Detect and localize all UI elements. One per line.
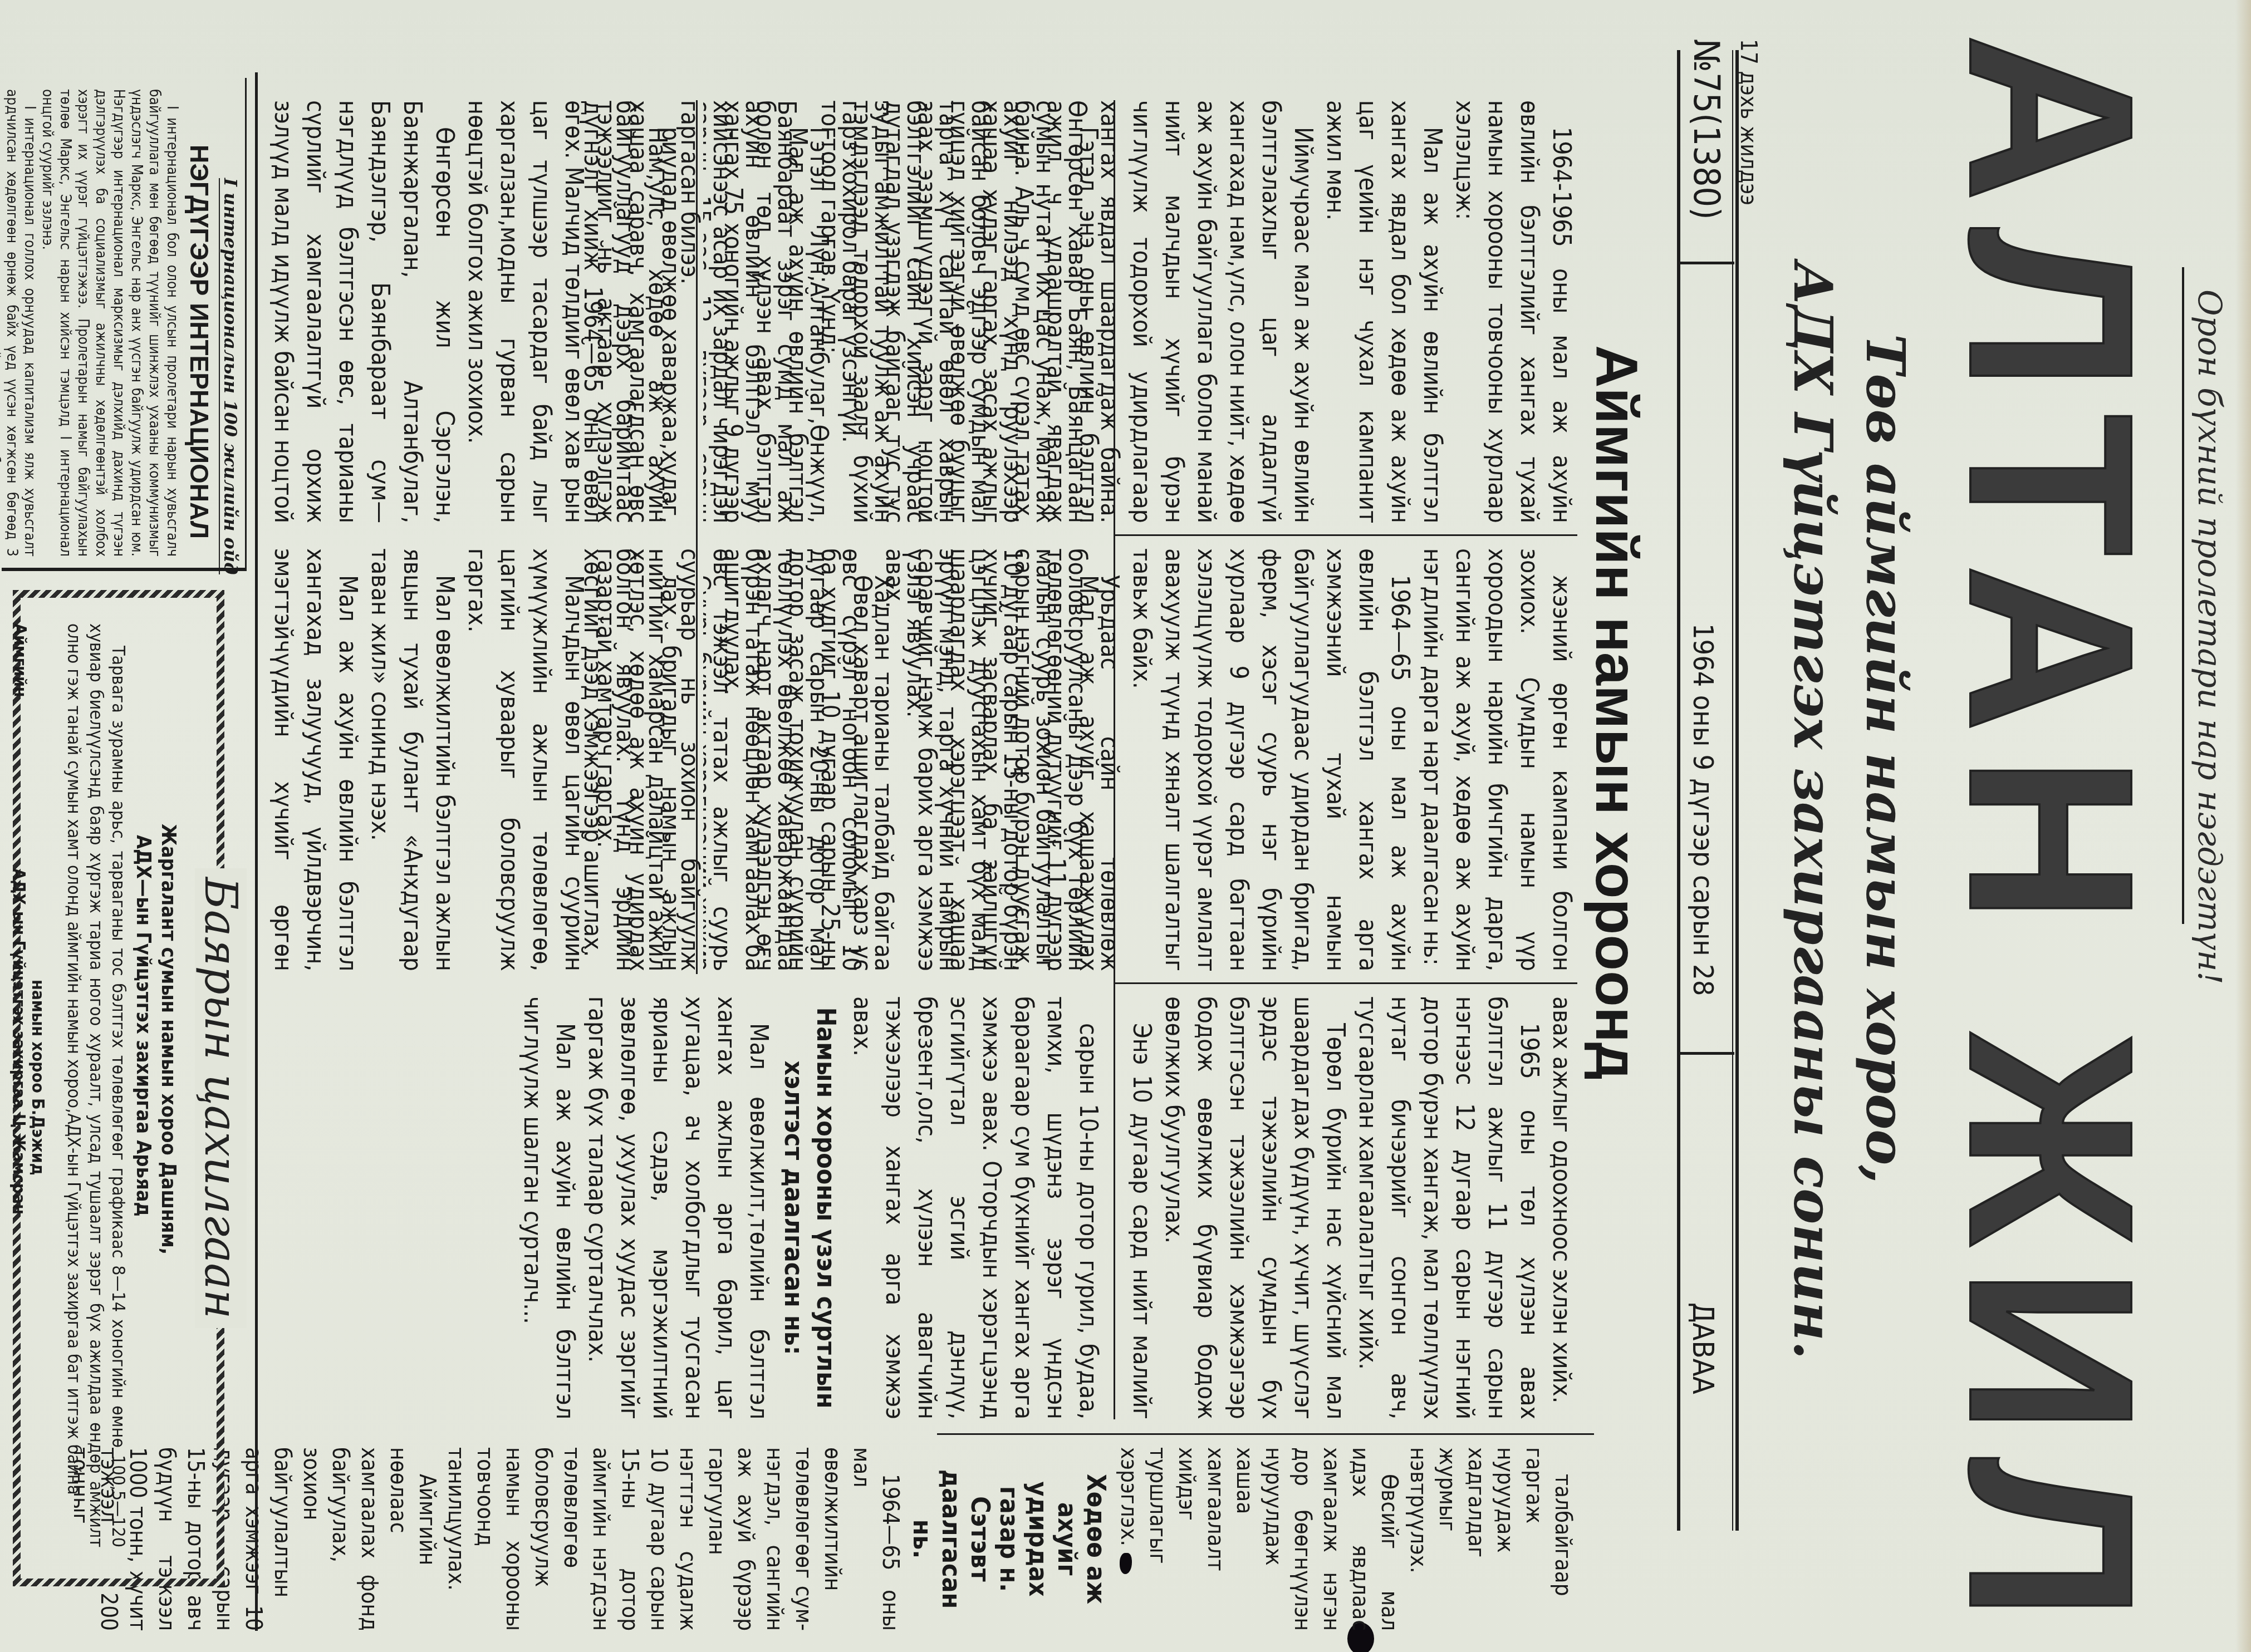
date-bar: 17 дэхь жилдээ №75(1380) 1964 оны 9 дүгэ… (1672, 39, 1761, 1542)
subheading: Намын хорооны үзэл суртлын хэлтэст даалг… (778, 996, 842, 1419)
paragraph: Өвөл хаварт ашиглагдах харз ус ба худгий… (717, 548, 878, 971)
masthead: Орон бүхний пролетари нар нэгдэгтүн! АЛТ… (1583, 0, 2251, 1652)
newspaper-page: Орон бүхний пролетари нар нэгдэгтүн! АЛТ… (0, 0, 2251, 1652)
paragraph: Мал аж ахуйн өвлийн бэлтгэл болон төл хү… (703, 100, 813, 523)
paragraph: Өнгөрсөн жил Сэргэлэн, Баянжаргалан, Алт… (263, 100, 460, 523)
paragraph: Өвсийг мал идэх явдлаас хамгаалж нэгэн д… (1114, 1447, 1404, 1631)
feature-headline: НЭГДҮГЭЭР ИНТЕРНАЦИОНАЛ (184, 145, 214, 539)
announcement-addressee-1: Жаргалант сумын намын хороо Дашням, (157, 824, 180, 1255)
feature-article: I интернационалын 100 жилийн ойд НЭГДҮГЭ… (2, 78, 247, 568)
signature-admin: АДХ-ын Гүйцэтгэх захиргаа Ц.Жамсран (9, 868, 28, 1215)
paragraph: Гэтэл энэ оны өвлийн бэлтгэл ажил ч удаа… (813, 100, 1104, 523)
paragraph: Малчдын өвөл цагийн суурийн хүмүүжлийн а… (460, 548, 590, 971)
newspaper-title: АЛТАН ЖИЛ (1928, 33, 2173, 1592)
paragraph: Төрөл бүрийн нас хүйсний мал шаардагдах … (1158, 996, 1351, 1419)
subheading: Хөдөө аж ахуйг удирдах газар н. Сэтэвт д… (908, 1447, 1111, 1631)
middle-column-e: сарын 10-ны дотор гурил, будаа, тамхи, ш… (280, 996, 1104, 1419)
rule (2, 568, 247, 571)
paragraph: Энэ 10 дугаар сард нийт малийг сэл дагуу… (1121, 996, 1158, 1419)
section-rule (1114, 100, 1115, 1419)
slogan: Орон бүхний пролетари нар нэгдэгтүн! (2191, 289, 2229, 984)
rule (245, 78, 247, 568)
middle-column-c: риудад өвөлжөө хаваржаа,худаг, хашаа сар… (263, 100, 686, 523)
lead-column-3: авах ажлыг одоохноос эхлэн хийх. 1965 он… (1121, 996, 1577, 1419)
section-rule (696, 100, 698, 974)
rule (1679, 1052, 1734, 1055)
rule (1735, 50, 1739, 1531)
paragraph: авах ажлыг одоохноос эхлэн хийх. (1545, 996, 1577, 1419)
paragraph: Мал өвөлжилт,төлийн бэлтгэл хангах ажлын… (581, 996, 774, 1419)
rule (1677, 50, 1680, 1531)
paragraph: талбайгаар гаргаж нуруудаж хадгалдаг жур… (1404, 1447, 1577, 1631)
column-rule (937, 1433, 1594, 1435)
paragraph: жээний өргөн кампани болгон зохиох. Сумд… (1416, 548, 1577, 971)
rule (1732, 50, 1733, 1531)
middle-column-d: лах бригадыг намын ажлын хөтлэс, хөдөө а… (263, 548, 686, 971)
paragraph: I интернационал голлох орнуудад капитали… (0, 89, 38, 557)
issue-number: №75(1380) (1685, 39, 1727, 220)
paragraph: Мал аж ахуйг хашаажуулах төлөвлөгөөний д… (878, 548, 1104, 971)
weekday: ДАВАА (1686, 1302, 1719, 1394)
paragraph: риудад өвөлжөө хаваржаа,худаг, хашаа сар… (460, 100, 686, 523)
feature-kicker: I интернационалын 100 жилийн ойд (219, 178, 241, 574)
subtitle-line-1: Төв аймгийн намын хороо, (1854, 334, 1917, 1184)
feature-body: I интернационал бол олон улсын пролетари… (0, 89, 181, 557)
signature-label: Аймгийн (10, 623, 30, 697)
paragraph: I интернационал бол олон улсын пролетари… (38, 89, 181, 557)
paragraph: 1964—65 оны мал өвөлжилтийн төлөвлөгөөг … (442, 1447, 905, 1631)
paragraph: Мал өвөлжилтийн бэлтгэл ажлын явцын туха… (364, 548, 460, 971)
paragraph: 1965 оны төл хүлээн авах бэлтгэл ажлыг 1… (1351, 996, 1545, 1419)
paragraph: Мал аж ахуйн өвлийн бэлтгэл хангахад зал… (263, 548, 364, 971)
paragraph: сарын 10-ны дотор гурил, будаа, тамхи, ш… (846, 996, 1104, 1419)
paragraph: 1964—65 оны мал аж ахуйн өвлийн бэлтгэл … (1125, 548, 1416, 971)
announcement-addressee-2: АДХ—ын Гүйцэтгэх захиргаа Арьяад (132, 835, 155, 1217)
middle-column-a: Гэтэл энэ оны өвлийн бэлтгэл ажил ч удаа… (703, 100, 1104, 523)
section-rule (255, 72, 258, 1631)
column-rule (1115, 982, 1577, 984)
paragraph: Мал аж ахуйн өвлийн бэлтгэл хангах явдал… (1319, 100, 1448, 523)
rule (1679, 262, 1734, 264)
middle-column-b: Мал аж ахуйг хашаажуулах төлөвлөгөөний д… (703, 548, 1104, 971)
paragraph: лах бригадыг намын ажлын хөтлэс, хөдөө а… (590, 548, 686, 971)
signature-party: намын хороо Б.Дэжид (28, 980, 47, 1176)
announcement-body: Тарвага зурамны арьс, тарваганы тос бэлт… (63, 623, 130, 1547)
announcement-title: Баярын цахилгаан (195, 868, 247, 1328)
lead-headline: Аймгийн намын хороонд (1582, 345, 1650, 1080)
right-column: талбайгаар гаргаж нуруудаж хадгалдаг жур… (74, 1447, 1577, 1631)
issue-date: 1964 оны 9 дүгээр сарын 28 (1687, 623, 1719, 996)
subtitle-line-2: АДХ Гүйцэтгэх захиргааны сонин. (1782, 262, 1845, 1359)
paragraph: Суурь бүрийн хэрэгцээний хужир шүүг нэг … (703, 548, 717, 971)
paragraph: 1964-1965 оны мал аж ахуйн өвлийн бэлтгэ… (1448, 100, 1577, 523)
announcement-box: Баярын цахилгаан Жаргалант сумын намын х… (2, 590, 247, 1603)
column-rule (1115, 534, 1577, 536)
volume-label: 17 дэхь жилдээ (1735, 39, 1761, 205)
slogan-rule (2182, 267, 2184, 924)
paragraph: Мал аж ахуйн өвлийн бэлтгэл чиглүүлж шал… (516, 996, 581, 1419)
